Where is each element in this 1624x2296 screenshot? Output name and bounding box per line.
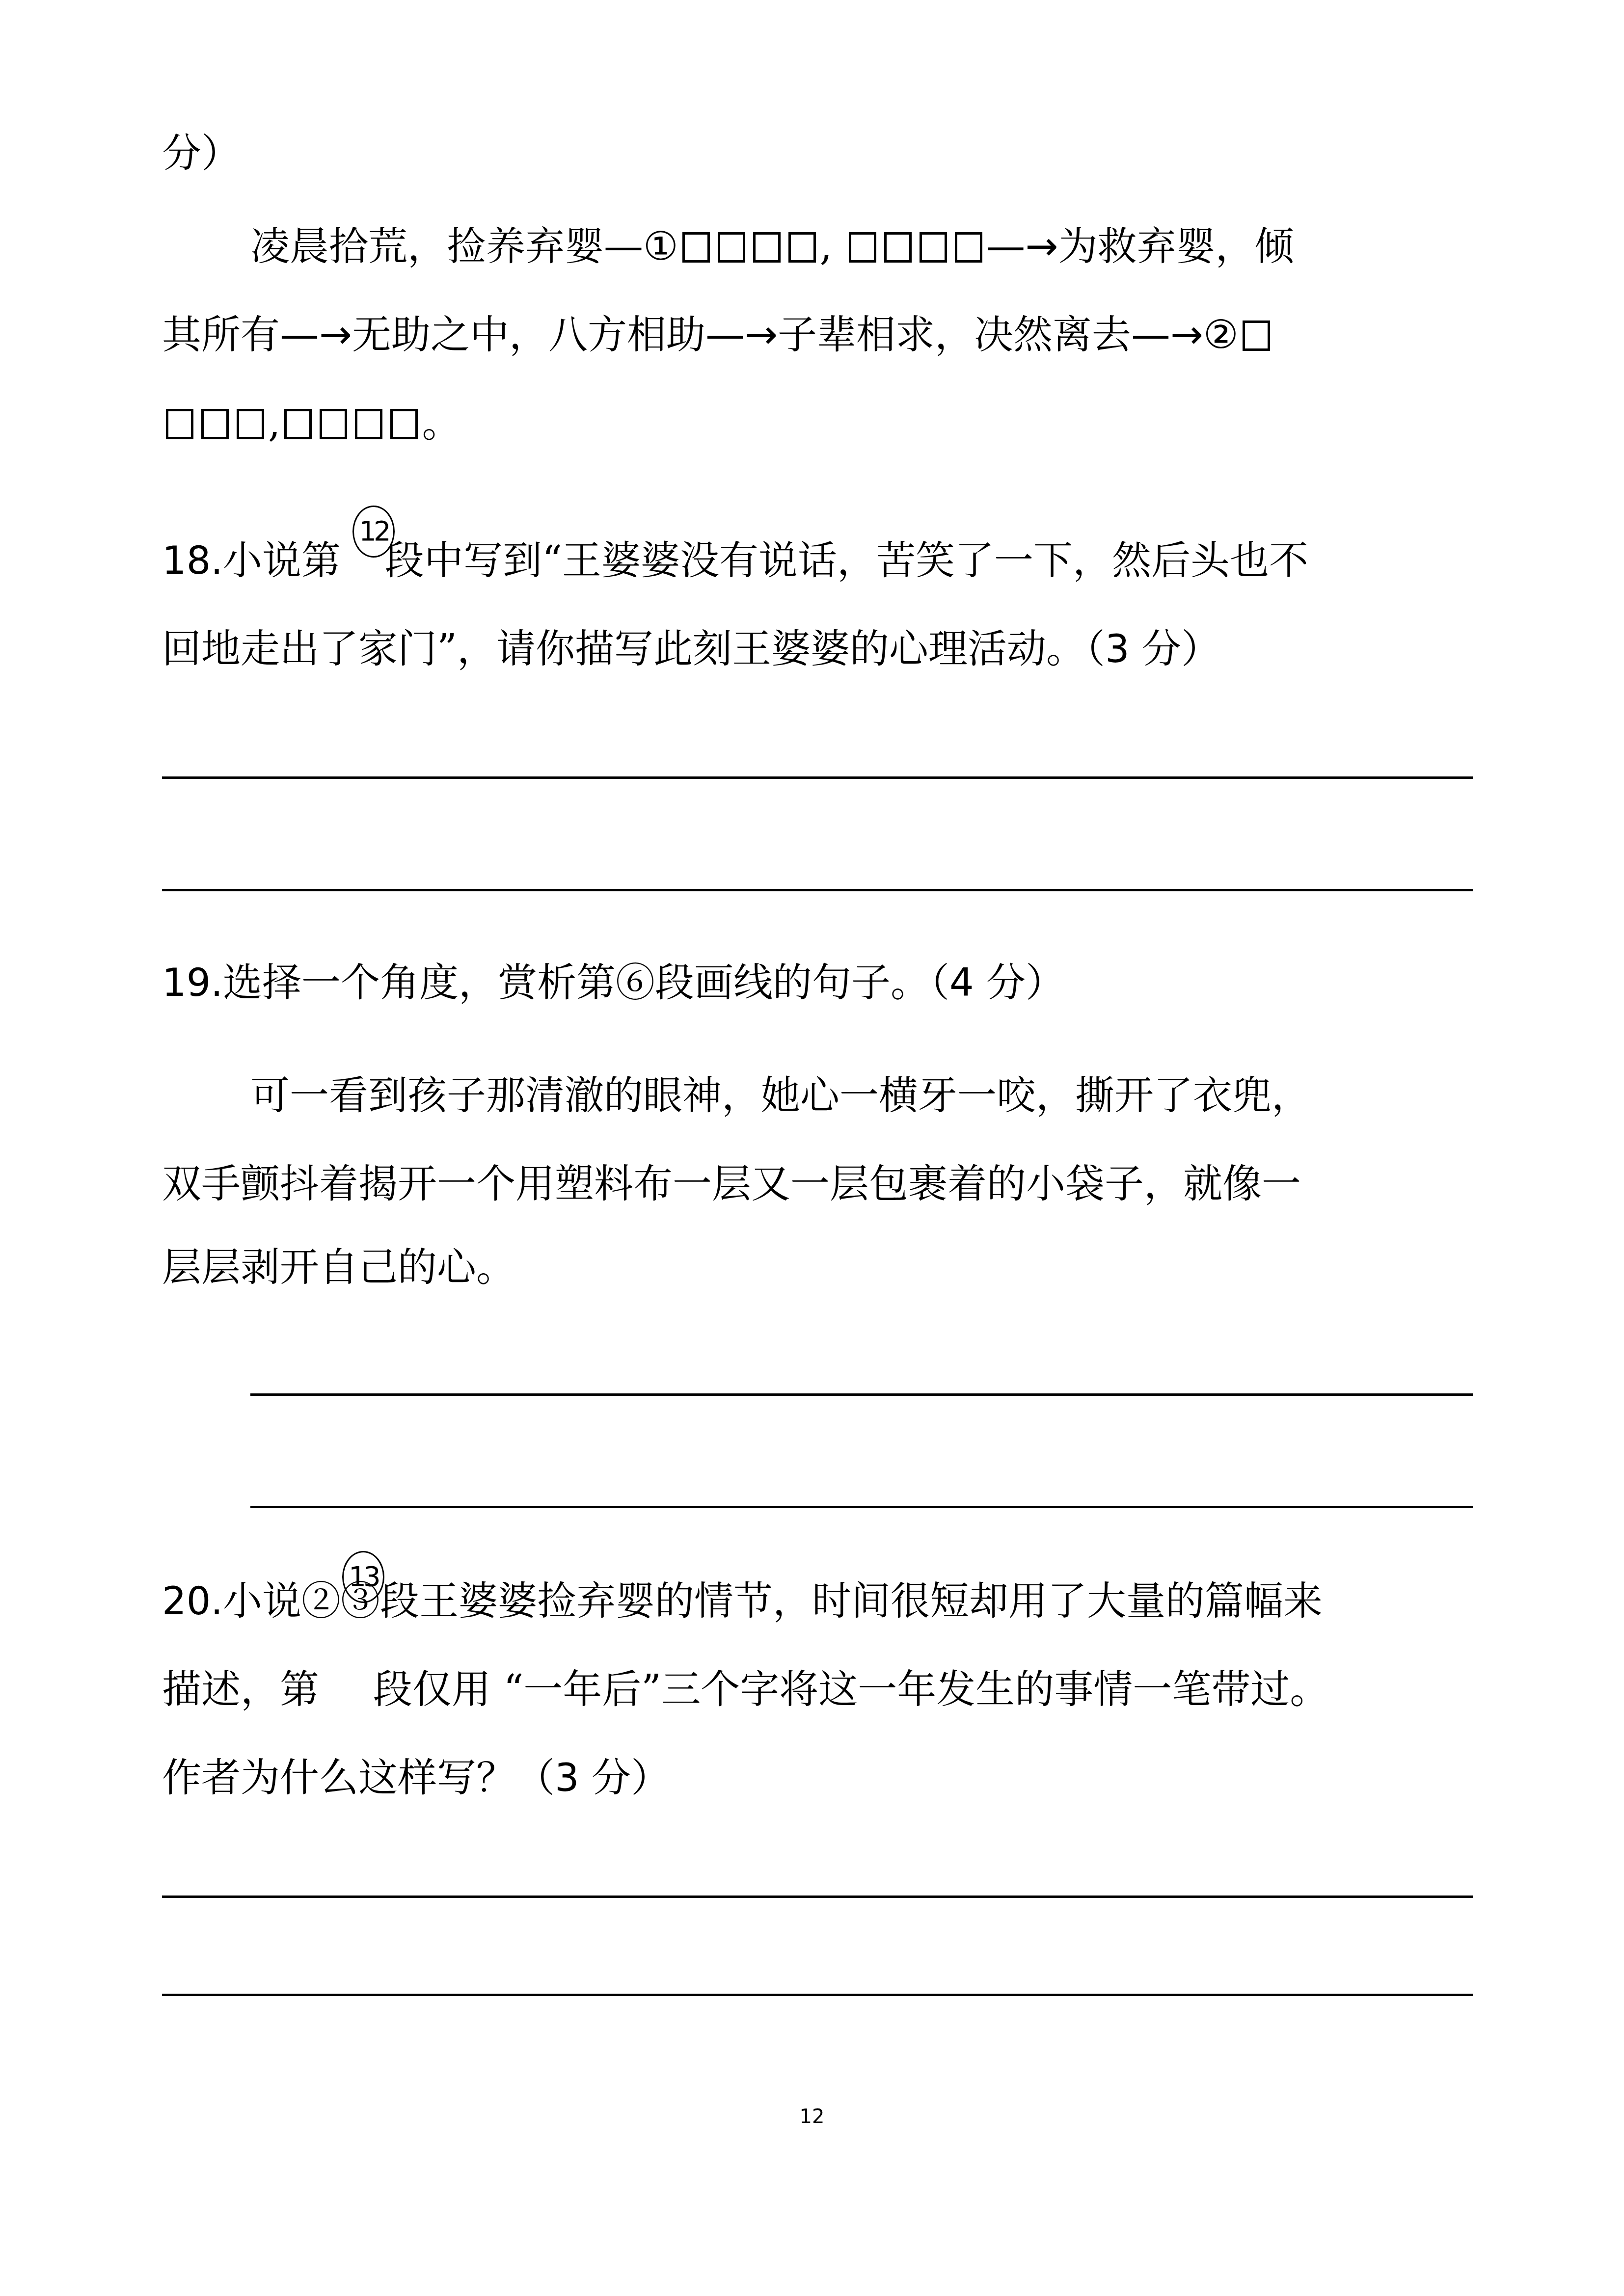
answer-line[interactable] (162, 1896, 1473, 1898)
circled-number-1: ① (643, 222, 678, 271)
blank-box[interactable] (355, 409, 382, 439)
question-text: 分） (974, 960, 1065, 1005)
score: 4 (949, 961, 974, 1005)
flow-line-3: ,。 (162, 399, 461, 448)
answer-line[interactable] (250, 1393, 1473, 1396)
blank-box[interactable] (237, 409, 264, 439)
blank-box[interactable] (955, 232, 982, 263)
blank-box[interactable] (1243, 320, 1270, 351)
quoted-sentence-line-2: 双手颤抖着揭开一个用塑料布一层又一层包裹着的小袋子，就像一 (162, 1159, 1301, 1208)
separator: , (268, 400, 280, 446)
flow-text: 其所有 (162, 312, 280, 357)
q20-line-2: 描述，第段仅用 “一年后”三个字将这一年发生的事情一笔带过。 (162, 1665, 1329, 1714)
blank-box[interactable] (753, 232, 781, 263)
arrow-icon: —→ (705, 312, 778, 357)
q20-line-3: 作者为什么这样写？（3 分） (162, 1753, 670, 1803)
flow-line-1: 凌晨拾荒，捡养弃婴—①, —→为救弃婴，倾 (250, 222, 1294, 271)
question-text: 选择一个角度，赏析第⑥段画线的句子。（ (223, 960, 949, 1005)
circled-number-13: 13 (342, 1551, 384, 1603)
circled-number-2: ② (1203, 310, 1239, 359)
question-number: 20. (162, 1579, 223, 1624)
flow-text: 为救弃婴，倾 (1058, 223, 1294, 269)
question-text: 小说第 (223, 537, 341, 583)
question-text: 小说② (223, 1578, 341, 1624)
arrow-icon: —→ (986, 223, 1058, 269)
question-text: 描述，第 (162, 1666, 319, 1712)
question-number: 18. (162, 539, 223, 583)
blank-box[interactable] (718, 232, 745, 263)
page-number: 12 (0, 2106, 1624, 2128)
period: 。 (422, 400, 461, 446)
q20-line-1: 20.小说②③段王婆婆捡弃婴的情节，时间很短却用了大量的篇幅来 (162, 1576, 1323, 1626)
flow-text: 凌晨拾荒，捡养弃婴— (250, 223, 643, 269)
score: 3 (1105, 627, 1130, 671)
quoted-sentence-line-1: 可一看到孩子那清澈的眼神，她心一横牙一咬，撕开了衣兜， (250, 1071, 1311, 1120)
blank-box[interactable] (849, 232, 876, 263)
quoted-sentence-line-3: 层层剥开自己的心。 (162, 1243, 515, 1292)
answer-line[interactable] (162, 889, 1473, 891)
blank-box[interactable] (884, 232, 912, 263)
flow-text: 无助之中，八方相助 (352, 312, 705, 357)
score: 3 (555, 1756, 579, 1800)
question-text: 段王婆婆捡弃婴的情节，时间很短却用了大量的篇幅来 (380, 1578, 1323, 1624)
q19-line-1: 19.选择一个角度，赏析第⑥段画线的句子。（4 分） (162, 958, 1065, 1008)
question-text: 回地走出了家门”，请你描写此刻王婆婆的心理活动。（ (162, 626, 1105, 671)
carryover-text: 分） (162, 129, 241, 178)
blank-box[interactable] (920, 232, 947, 263)
answer-line[interactable] (162, 1994, 1473, 1996)
question-number: 19. (162, 961, 223, 1005)
answer-line[interactable] (162, 776, 1473, 779)
answer-line[interactable] (250, 1506, 1473, 1508)
arrow-icon: —→ (1131, 312, 1203, 357)
question-text: 分） (1130, 626, 1220, 671)
blank-box[interactable] (284, 409, 312, 439)
flow-line-2: 其所有—→无助之中，八方相助—→子辈相求，决然离去—→② (162, 310, 1274, 359)
circled-number-12: 12 (352, 506, 395, 558)
flow-text: 子辈相求，决然离去 (778, 312, 1131, 357)
blank-box[interactable] (390, 409, 418, 439)
question-text: 段中写到“王婆婆没有说话，苦笑了一下，然后头也不 (385, 537, 1308, 583)
q18-line-2: 回地走出了家门”，请你描写此刻王婆婆的心理活动。（3 分） (162, 624, 1220, 674)
question-text: 段仅用 “一年后”三个字将这一年发生的事情一笔带过。 (373, 1666, 1329, 1712)
separator: , (820, 223, 832, 269)
question-text: 作者为什么这样写？（ (162, 1755, 555, 1800)
q18-line-1: 18.小说第段中写到“王婆婆没有说话，苦笑了一下，然后头也不 (162, 536, 1308, 586)
question-text: 分） (579, 1755, 670, 1800)
blank-box[interactable] (788, 232, 816, 263)
blank-box[interactable] (201, 409, 229, 439)
blank-box[interactable] (166, 409, 193, 439)
blank-box[interactable] (320, 409, 347, 439)
arrow-icon: —→ (280, 312, 352, 357)
blank-box[interactable] (682, 232, 710, 263)
